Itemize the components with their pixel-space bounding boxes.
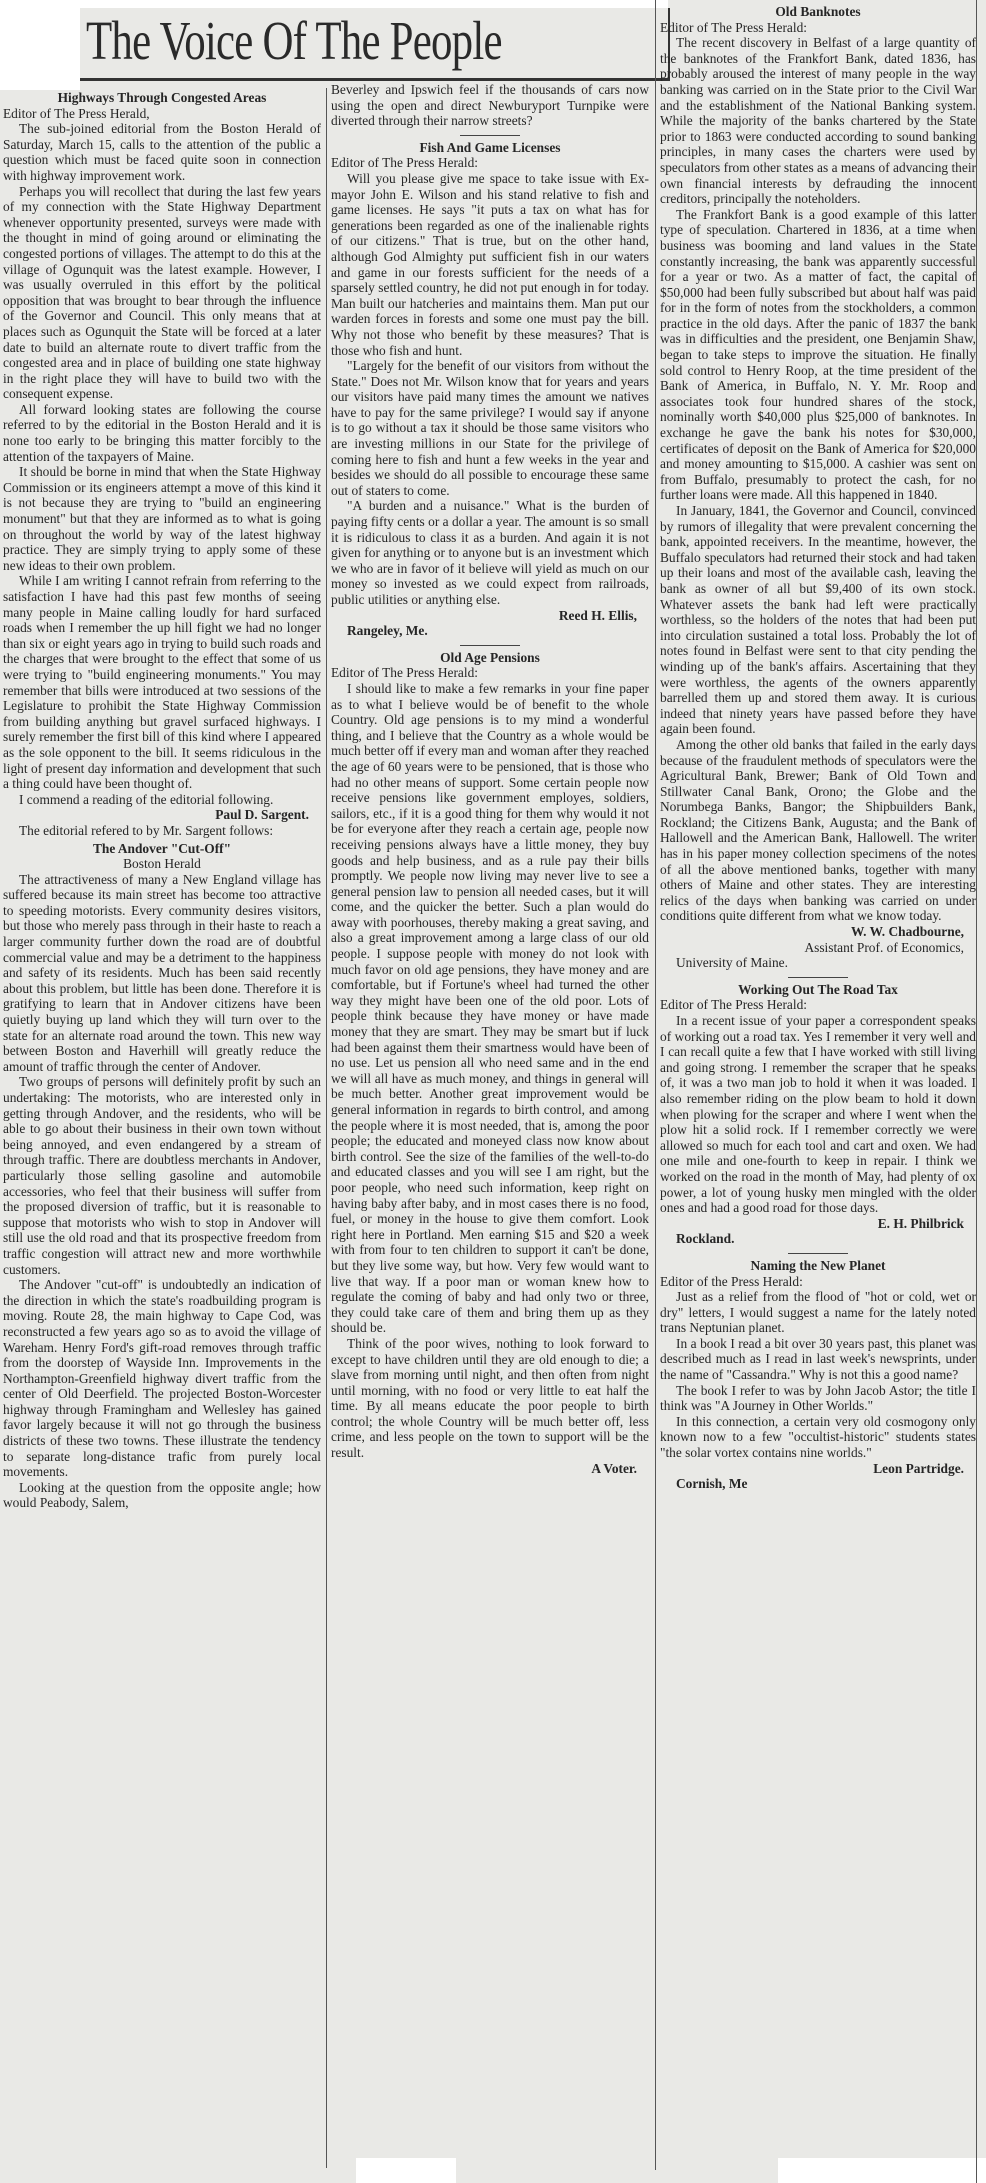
letter-heading: Fish And Game Licenses [331,140,649,156]
column-2: Beverley and Ipswich feel if the thousan… [331,82,649,2183]
letter-highways: Highways Through Congested Areas Editor … [3,90,321,1511]
paragraph: In a recent issue of your paper a corres… [660,1013,976,1216]
paragraph: The book I refer to was by John Jacob As… [660,1383,976,1414]
signature: Leon Partridge. [660,1461,976,1477]
letter-old-age-pensions: Old Age Pensions Editor of The Press Her… [331,650,649,1476]
paragraph: The attractiveness of many a New England… [3,872,321,1075]
section-rule [460,135,520,136]
place: Rangeley, Me. [331,623,649,639]
signature: Reed H. Ellis, [331,608,649,624]
salutation: Editor of The Press Herald: [660,20,976,36]
paragraph: The recent discovery in Belfast of a lar… [660,35,976,207]
paragraph: Looking at the question from the opposit… [3,1480,321,1511]
salutation: Editor of the Press Herald: [660,1274,976,1290]
column-3: Old Banknotes Editor of The Press Herald… [660,2,976,2183]
postscript: The editorial refered to by Mr. Sargent … [3,823,321,839]
paragraph: While I am writing I cannot refrain from… [3,573,321,791]
paragraph: Just as a relief from the flood of "hot … [660,1289,976,1336]
salutation: Editor of The Press Herald: [660,997,976,1013]
page-title: The Voice Of The People [86,10,502,72]
letter-road-tax: Working Out The Road Tax Editor of The P… [660,982,976,1247]
paragraph: Two groups of persons will definitely pr… [3,1074,321,1277]
column-divider [326,88,327,2168]
column-divider [976,0,977,2183]
masthead: The Voice Of The People [80,8,670,81]
paragraph: In January, 1841, the Governor and Counc… [660,503,976,737]
paragraph: Among the other old banks that failed in… [660,737,976,924]
scan-blank-area [0,0,80,90]
adjacent-column-edge [978,0,986,2183]
letter-heading: Naming the New Planet [660,1258,976,1274]
paragraph-continued: Beverley and Ipswich feel if the thousan… [331,82,649,129]
paragraph: Think of the poor wives, nothing to look… [331,1336,649,1461]
paragraph: I commend a reading of the editorial fol… [3,792,321,808]
paragraph: "A burden and a nuisance." What is the b… [331,498,649,607]
embedded-editorial-heading: The Andover "Cut-Off" [3,841,321,857]
paragraph: The Andover "cut-off" is undoubtedly an … [3,1277,321,1480]
signature: A Voter. [331,1461,649,1477]
section-rule [460,645,520,646]
place: Cornish, Me [660,1476,976,1492]
letter-new-planet: Naming the New Planet Editor of the Pres… [660,1258,976,1492]
letter-heading: Old Age Pensions [331,650,649,666]
paragraph: The Frankfort Bank is a good example of … [660,207,976,503]
salutation: Editor of The Press Herald, [3,106,321,122]
letter-heading: Old Banknotes [660,4,976,20]
signature: Paul D. Sargent. [3,807,321,823]
scan-blank-area [80,0,668,8]
column-divider [655,0,656,2170]
column-1: Highways Through Congested Areas Editor … [3,88,321,2183]
salutation: Editor of The Press Herald: [331,155,649,171]
paragraph: Perhaps you will recollect that during t… [3,184,321,402]
letter-old-banknotes: Old Banknotes Editor of The Press Herald… [660,4,976,971]
paragraph: All forward looking states are following… [3,402,321,464]
section-rule [788,1253,848,1254]
salutation: Editor of The Press Herald: [331,665,649,681]
embedded-editorial-source: Boston Herald [3,856,321,872]
paragraph: It should be borne in mind that when the… [3,464,321,573]
letter-fish-game: Fish And Game Licenses Editor of The Pre… [331,140,649,639]
paragraph: The sub-joined editorial from the Boston… [3,121,321,183]
signature: E. H. Philbrick [660,1216,976,1232]
signature: W. W. Chadbourne, [660,924,976,940]
paragraph: I should like to make a few remarks in y… [331,681,649,1336]
paragraph: In a book I read a bit over 30 years pas… [660,1336,976,1383]
letter-heading: Highways Through Congested Areas [3,90,321,106]
place: Rockland. [660,1231,976,1247]
letter-heading: Working Out The Road Tax [660,982,976,998]
signature-title: Assistant Prof. of Economics, [660,940,976,956]
place: University of Maine. [660,955,976,971]
section-rule [788,977,848,978]
paragraph: "Largely for the benefit of our visitors… [331,358,649,498]
paragraph: In this connection, a certain very old c… [660,1414,976,1461]
paragraph: Will you please give me space to take is… [331,171,649,358]
